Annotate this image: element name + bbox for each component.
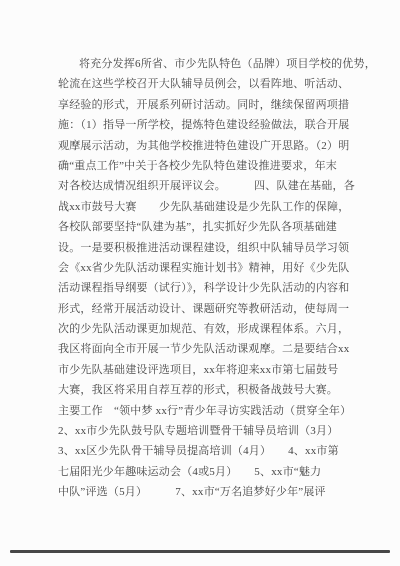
text-line: 大赛，我区将采用自荐互荐的形式，积极备战鼓号大赛。 [58,380,348,400]
text-line: 各校队部要坚持“队建为基”，扎实抓好少先队各项基础建 [58,217,348,237]
text-line: 活动课程指导纲要（试行）》，科学设计少先队活动的内容和 [58,278,348,298]
text-line: 我区将面向全市开展一节少先队活动课观摩。二是要结合xx [58,339,348,359]
text-line: 主要工作 “领中梦 xx行”青少年寻访实践活动（贯穿全年） [58,401,348,421]
text-line: 中队”评选（5月） 7、xx市“万名追梦好少年”展评 [58,482,348,502]
text-line: 形式，经常开展活动设计、课题研究等教研活动，使每周一 [58,299,348,319]
page-bottom-edge-line [10,550,390,553]
text-line: 对各校达成情况组织开展评议会。 四、队建在基础，各 [58,176,348,196]
text-line: 市少先队基础建设评选项目，xx年将迎来xx市第七届鼓号 [58,360,348,380]
document-page: 将充分发挥6所省、市少先队特色（品牌）项目学校的优势， 轮流在这些学校召开大队辅… [0,0,400,566]
text-line: 确“重点工作”中关于各校少先队特色建设推进要求，年末 [58,156,348,176]
text-line: 观摩展示活动，为其他学校推进特色建设广开思路。（2）明 [58,136,348,156]
text-line: 轮流在这些学校召开大队辅导员例会，以看阵地、听活动、 [58,74,348,94]
text-line: 七届阳光少年趣味运动会（4或5月） 5、xx市“魅力 [58,462,348,482]
text-line: 2、xx市少先队鼓号队专题培训暨骨干辅导员培训（3月） [58,421,348,441]
text-line: 3、xx区少先队骨干辅导员提高培训（4月） 4、xx市第 [58,441,348,461]
text-line: 施：（1）指导一所学校，提炼特色建设经验做法，联合开展 [58,115,348,135]
document-text-block: 将充分发挥6所省、市少先队特色（品牌）项目学校的优势， 轮流在这些学校召开大队辅… [58,54,348,503]
text-line: 享经验的形式，开展系列研讨活动。同时，继续保留两项措 [58,95,348,115]
text-line: 次的少先队活动课更加规范、有效，形成课程体系。六月， [58,319,348,339]
text-line: 设。一是要积极推进活动课程建设，组织中队辅导员学习领 [58,238,348,258]
text-line: 战xx市鼓号大赛 少先队基础建设是少先队工作的保障， [58,197,348,217]
text-line: 将充分发挥6所省、市少先队特色（品牌）项目学校的优势， [58,54,348,74]
text-line: 会《xx省少先队活动课程实施计划书》精神，用好《少先队 [58,258,348,278]
